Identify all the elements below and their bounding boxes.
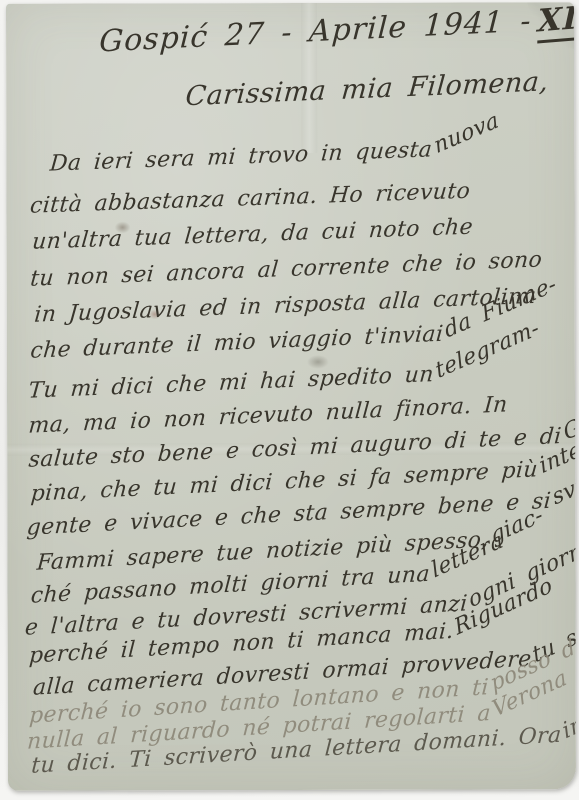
- photo-background: Gospić 27 - Aprile 1941 -XIX Carissima m…: [0, 0, 579, 800]
- line-tail-text: Giusep-: [560, 387, 576, 446]
- line-text: un'altra tua lettera, da cui noto che: [31, 215, 474, 255]
- line-text: Da ieri sera mi trovo in questa: [49, 137, 433, 176]
- letter-line: Da ieri sera mi trovo in questanuova: [49, 134, 507, 176]
- line-tail-text: nuova: [431, 108, 502, 159]
- letter-line: tu non sei ancora al corrente che io son…: [30, 247, 543, 291]
- line-text: tu non sei ancora al corrente che io son…: [29, 247, 543, 291]
- letter-card: Gospić 27 - Aprile 1941 -XIX Carissima m…: [6, 2, 576, 790]
- line-text: città abbastanza carina. Ho ricevuto: [29, 179, 471, 219]
- line-text: che durante il mio viaggio t'inviai: [29, 322, 444, 364]
- letter-line: un'altra tua lettera, da cui noto che: [32, 215, 474, 255]
- letter-body: Da ieri sera mi trovo in questanuovacitt…: [6, 2, 576, 790]
- letter-line: città abbastanza carina. Ho ricevuto: [30, 179, 471, 219]
